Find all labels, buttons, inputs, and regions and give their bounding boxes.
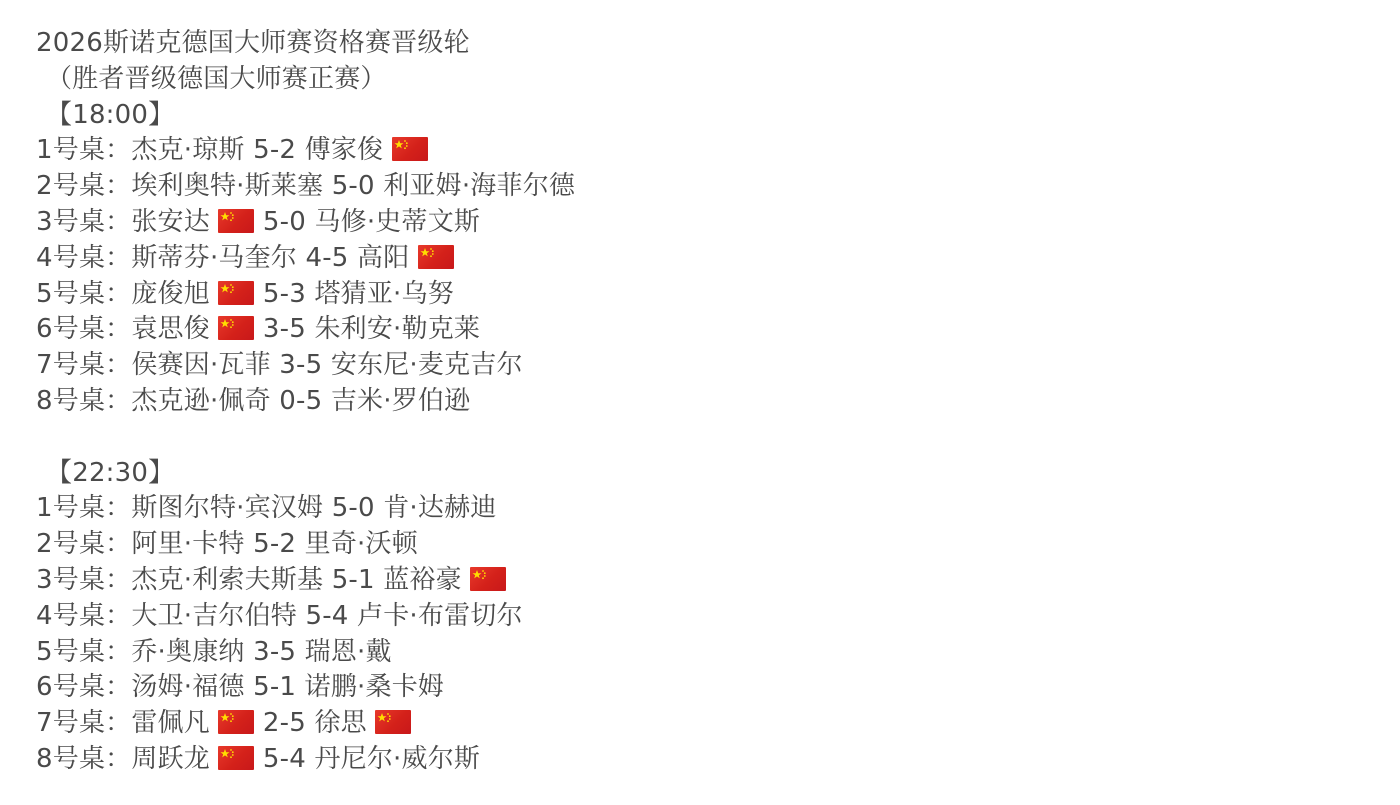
match-row: 6号桌：汤姆·福德 5-1 诺鹏·桑卡姆 xyxy=(36,670,575,706)
player-one: 雷佩凡 xyxy=(131,708,210,738)
player-two: 诺鹏·桑卡姆 xyxy=(305,672,444,702)
player-two: 徐思 xyxy=(314,708,366,738)
results-document: 2026斯诺克德国大师赛资格赛晋级轮 （胜者晋级德国大师赛正赛） 【18:00】… xyxy=(36,26,575,778)
match-row: 2号桌：阿里·卡特 5-2 里奇·沃顿 xyxy=(36,527,575,563)
player-one: 斯图尔特·宾汉姆 xyxy=(131,493,323,523)
match-score: 2-5 xyxy=(263,708,306,738)
table-number: 3号桌： xyxy=(36,207,131,237)
player-one: 斯蒂芬·马奎尔 xyxy=(131,243,297,273)
player-one: 庞俊旭 xyxy=(131,279,210,309)
match-score: 4-5 xyxy=(305,243,348,273)
player-two: 傅家俊 xyxy=(305,135,384,165)
match-score: 5-3 xyxy=(263,279,306,309)
match-score: 3-5 xyxy=(263,314,306,344)
china-flag-icon xyxy=(218,209,254,233)
match-score: 0-5 xyxy=(279,386,322,416)
player-two: 塔猜亚·乌努 xyxy=(314,279,453,309)
match-row: 8号桌：杰克逊·佩奇 0-5 吉米·罗伯逊 xyxy=(36,384,575,420)
match-row: 5号桌：庞俊旭 5-3 塔猜亚·乌努 xyxy=(36,277,575,313)
player-one: 杰克·琼斯 xyxy=(131,135,244,165)
match-row: 8号桌：周跃龙 5-4 丹尼尔·威尔斯 xyxy=(36,742,575,778)
player-one: 杰克逊·佩奇 xyxy=(131,386,270,416)
match-score: 5-0 xyxy=(332,171,375,201)
china-flag-icon xyxy=(218,746,254,770)
player-one: 侯赛因·瓦菲 xyxy=(131,350,270,380)
table-number: 6号桌： xyxy=(36,672,131,702)
player-two: 肯·达赫迪 xyxy=(383,493,496,523)
table-number: 2号桌： xyxy=(36,171,131,201)
table-number: 6号桌： xyxy=(36,314,131,344)
table-number: 8号桌： xyxy=(36,386,131,416)
table-number: 1号桌： xyxy=(36,135,131,165)
match-row: 2号桌：埃利奥特·斯莱塞 5-0 利亚姆·海菲尔德 xyxy=(36,169,575,205)
player-two: 安东尼·麦克吉尔 xyxy=(331,350,523,380)
match-score: 5-2 xyxy=(253,529,296,559)
match-score: 5-4 xyxy=(263,744,306,774)
player-one: 阿里·卡特 xyxy=(131,529,244,559)
match-score: 5-4 xyxy=(305,601,348,631)
player-one: 乔·奥康纳 xyxy=(131,637,244,667)
table-number: 1号桌： xyxy=(36,493,131,523)
match-score: 5-1 xyxy=(332,565,375,595)
sessions: 【18:00】1号桌：杰克·琼斯 5-2 傅家俊 2号桌：埃利奥特·斯莱塞 5-… xyxy=(36,98,575,778)
match-score: 5-2 xyxy=(253,135,296,165)
player-two: 卢卡·布雷切尔 xyxy=(357,601,523,631)
match-row: 4号桌：斯蒂芬·马奎尔 4-5 高阳 xyxy=(36,241,575,277)
table-number: 2号桌： xyxy=(36,529,131,559)
table-number: 5号桌： xyxy=(36,637,131,667)
player-one: 袁思俊 xyxy=(131,314,210,344)
player-one: 汤姆·福德 xyxy=(131,672,244,702)
player-one: 杰克·利索夫斯基 xyxy=(131,565,323,595)
table-number: 3号桌： xyxy=(36,565,131,595)
match-score: 5-0 xyxy=(263,207,306,237)
player-two: 蓝裕豪 xyxy=(383,565,462,595)
player-two: 瑞恩·戴 xyxy=(305,637,392,667)
player-one: 张安达 xyxy=(131,207,210,237)
match-row: 3号桌：杰克·利索夫斯基 5-1 蓝裕豪 xyxy=(36,563,575,599)
china-flag-icon xyxy=(418,245,454,269)
table-number: 7号桌： xyxy=(36,708,131,738)
table-number: 4号桌： xyxy=(36,601,131,631)
match-score: 5-1 xyxy=(253,672,296,702)
player-two: 马修·史蒂文斯 xyxy=(314,207,480,237)
china-flag-icon xyxy=(218,281,254,305)
player-one: 大卫·吉尔伯特 xyxy=(131,601,297,631)
china-flag-icon xyxy=(218,316,254,340)
player-one: 埃利奥特·斯莱塞 xyxy=(131,171,323,201)
session-time: 【22:30】 xyxy=(36,456,575,492)
match-row: 6号桌：袁思俊 3-5 朱利安·勒克莱 xyxy=(36,312,575,348)
match-row: 4号桌：大卫·吉尔伯特 5-4 卢卡·布雷切尔 xyxy=(36,599,575,635)
session-1: 【18:00】1号桌：杰克·琼斯 5-2 傅家俊 2号桌：埃利奥特·斯莱塞 5-… xyxy=(36,98,575,420)
player-two: 高阳 xyxy=(357,243,409,273)
player-two: 吉米·罗伯逊 xyxy=(331,386,470,416)
china-flag-icon xyxy=(375,710,411,734)
player-two: 丹尼尔·威尔斯 xyxy=(314,744,480,774)
session-time: 【18:00】 xyxy=(36,98,575,134)
match-row: 1号桌：斯图尔特·宾汉姆 5-0 肯·达赫迪 xyxy=(36,491,575,527)
table-number: 7号桌： xyxy=(36,350,131,380)
china-flag-icon xyxy=(392,137,428,161)
match-row: 7号桌：侯赛因·瓦菲 3-5 安东尼·麦克吉尔 xyxy=(36,348,575,384)
page-title: 2026斯诺克德国大师赛资格赛晋级轮 xyxy=(36,26,575,62)
match-row: 1号桌：杰克·琼斯 5-2 傅家俊 xyxy=(36,133,575,169)
player-two: 里奇·沃顿 xyxy=(305,529,418,559)
page-subtitle: （胜者晋级德国大师赛正赛） xyxy=(36,62,575,98)
match-row: 7号桌：雷佩凡 2-5 徐思 xyxy=(36,706,575,742)
section-spacer xyxy=(36,420,575,456)
player-two: 利亚姆·海菲尔德 xyxy=(383,171,575,201)
table-number: 4号桌： xyxy=(36,243,131,273)
session-2: 【22:30】1号桌：斯图尔特·宾汉姆 5-0 肯·达赫迪2号桌：阿里·卡特 5… xyxy=(36,456,575,778)
match-score: 3-5 xyxy=(253,637,296,667)
table-number: 5号桌： xyxy=(36,279,131,309)
match-score: 5-0 xyxy=(332,493,375,523)
match-score: 3-5 xyxy=(279,350,322,380)
table-number: 8号桌： xyxy=(36,744,131,774)
match-row: 5号桌：乔·奥康纳 3-5 瑞恩·戴 xyxy=(36,635,575,671)
player-two: 朱利安·勒克莱 xyxy=(314,314,480,344)
china-flag-icon xyxy=(218,710,254,734)
match-row: 3号桌：张安达 5-0 马修·史蒂文斯 xyxy=(36,205,575,241)
player-one: 周跃龙 xyxy=(131,744,210,774)
china-flag-icon xyxy=(470,567,506,591)
